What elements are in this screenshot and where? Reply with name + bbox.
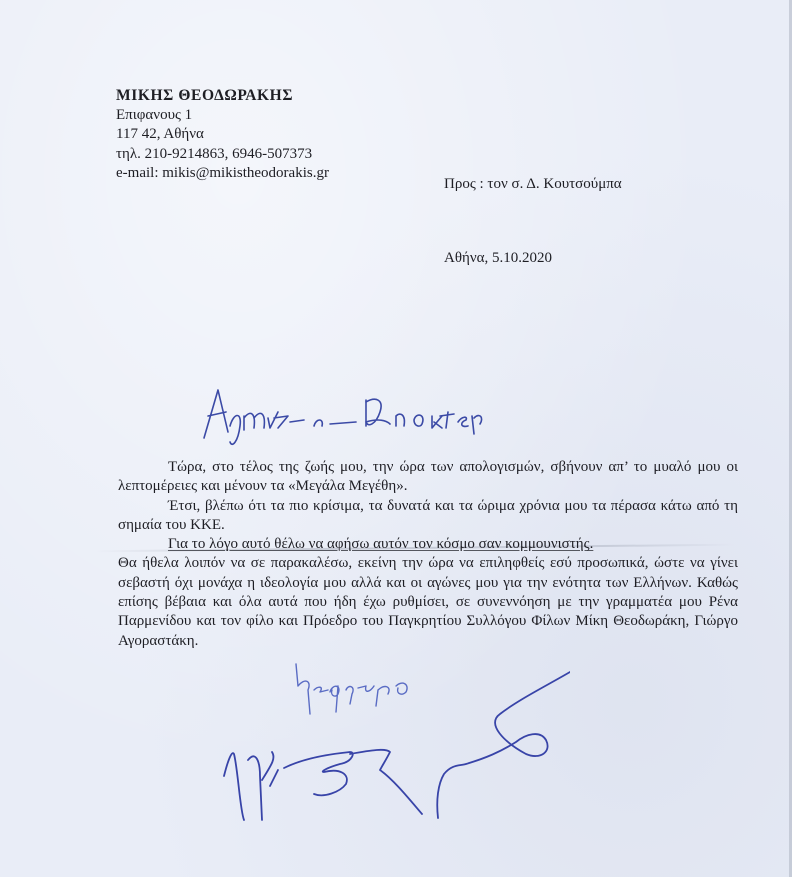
recipient-line: Προς : τον σ. Δ. Κουτσούμπα: [444, 176, 622, 193]
letter-body: Τώρα, στο τέλος της ζωής μου, την ώρα τω…: [118, 458, 738, 651]
paragraph-4: Θα ήθελα λοιπόν να σε παρακαλέσω, εκείνη…: [118, 554, 738, 650]
signature: Μίκης Θεοδωράκης (signature): [200, 660, 570, 830]
place-date: Αθήνα, 5.10.2020: [444, 250, 552, 267]
sender-address-street: Επιφανους 1: [116, 106, 329, 126]
paragraph-3: Για το λόγο αυτό θέλω να αφήσω αυτόν τον…: [118, 535, 738, 554]
paragraph-1: Τώρα, στο τέλος της ζωής μου, την ώρα τω…: [118, 458, 738, 497]
sender-name: ΜΙΚΗΣ ΘΕΟΔΩΡΑΚΗΣ: [116, 86, 329, 106]
sender-letterhead: ΜΙΚΗΣ ΘΕΟΔΩΡΑΚΗΣ Επιφανους 1 117 42, Αθή…: [116, 86, 329, 184]
paragraph-2: Έτσι, βλέπω ότι τα πιο κρίσιμα, τα δυνατ…: [118, 497, 738, 536]
paragraph-3-text: Για το λόγο αυτό θέλω να αφήσω αυτόν τον…: [168, 536, 593, 552]
sender-address-city: 117 42, Αθήνα: [116, 125, 329, 145]
handwritten-salutation: Αγαπητέ σ. Δημήτρη: [170, 382, 500, 452]
sender-email: e-mail: mikis@mikistheodorakis.gr: [116, 164, 329, 184]
sender-phone: τηλ. 210-9214863, 6946-507373: [116, 145, 329, 165]
